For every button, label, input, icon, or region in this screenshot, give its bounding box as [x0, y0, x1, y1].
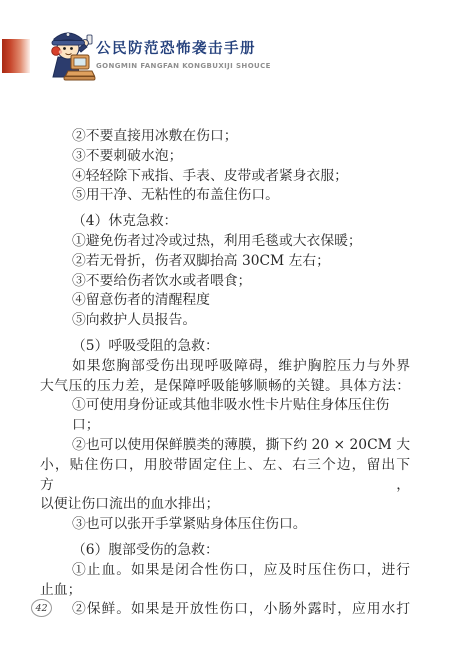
text-line: ④留意伤者的清醒程度	[40, 291, 410, 311]
text-line: 止血；	[40, 581, 410, 601]
text-line: ②保鲜。如果是开放性伤口，小肠外露时，应用水打	[40, 600, 410, 620]
text-line: 以便让伤口流出的血水排出；	[40, 495, 410, 515]
text-line: ②不要直接用冰敷在伤口；	[40, 127, 410, 147]
text-line: （6）腹部受伤的急救：	[40, 541, 410, 561]
police-officer-mascot-icon	[44, 26, 96, 83]
text-line: ④轻轻除下戒指、手表、皮带或者紧身衣服；	[40, 167, 410, 187]
handbook-title: 公民防范恐怖袭击手册	[96, 39, 271, 59]
text-line: ③也可以张开手掌紧贴身体压住伤口。	[40, 515, 410, 535]
page-number-badge: 42	[31, 599, 52, 617]
text-line: ②若无骨折，伤者双脚抬高 30CM 左右；	[40, 252, 410, 272]
text-line: ⑤向救护人员报告。	[40, 311, 410, 331]
text-line: ①可使用身份证或其他非吸水性卡片贴住身体压住伤口；	[40, 396, 410, 436]
text-line: 大气压的压力差，是保障呼吸能够顺畅的关键。具体方法：	[40, 377, 410, 397]
text-line: ①止血。如果是闭合性伤口，应及时压住伤口，进行	[40, 561, 410, 581]
text-line: ③不要给伤者饮水或者喂食；	[40, 272, 410, 292]
text-line: （4）休克急救：	[40, 212, 410, 232]
text-line: ⑤用干净、无粘性的布盖住伤口。	[40, 186, 410, 206]
body-text: ②不要直接用冰敷在伤口；③不要刺破水泡；④轻轻除下戒指、手表、皮带或者紧身衣服；…	[40, 127, 410, 620]
page-header: 公民防范恐怖袭击手册 GONGMIN FANGFAN KONGBUXIJI SH…	[0, 0, 450, 90]
handbook-subtitle-pinyin: GONGMIN FANGFAN KONGBUXIJI SHOUCE	[96, 62, 271, 70]
text-line: ①避免伤者过冷或过热，利用毛毯或大衣保暖；	[40, 232, 410, 252]
text-line: 如果您胸部受伤出现呼吸障碍，维护胸腔压力与外界	[40, 357, 410, 377]
text-line: （5）呼吸受阻的急救：	[40, 337, 410, 357]
header-text-block: 公民防范恐怖袭击手册 GONGMIN FANGFAN KONGBUXIJI SH…	[96, 39, 271, 70]
document-page: 公民防范恐怖袭击手册 GONGMIN FANGFAN KONGBUXIJI SH…	[0, 0, 450, 658]
text-line: ②也可以使用保鲜膜类的薄膜，撕下约 20 × 20CM 大	[40, 436, 410, 456]
header-accent-bar	[2, 39, 30, 73]
text-line: ③不要刺破水泡；	[40, 147, 410, 167]
text-line: 小，贴住伤口，用胶带固定住上、左、右三个边，留出下方，	[40, 456, 410, 496]
page-number: 42	[35, 603, 47, 614]
